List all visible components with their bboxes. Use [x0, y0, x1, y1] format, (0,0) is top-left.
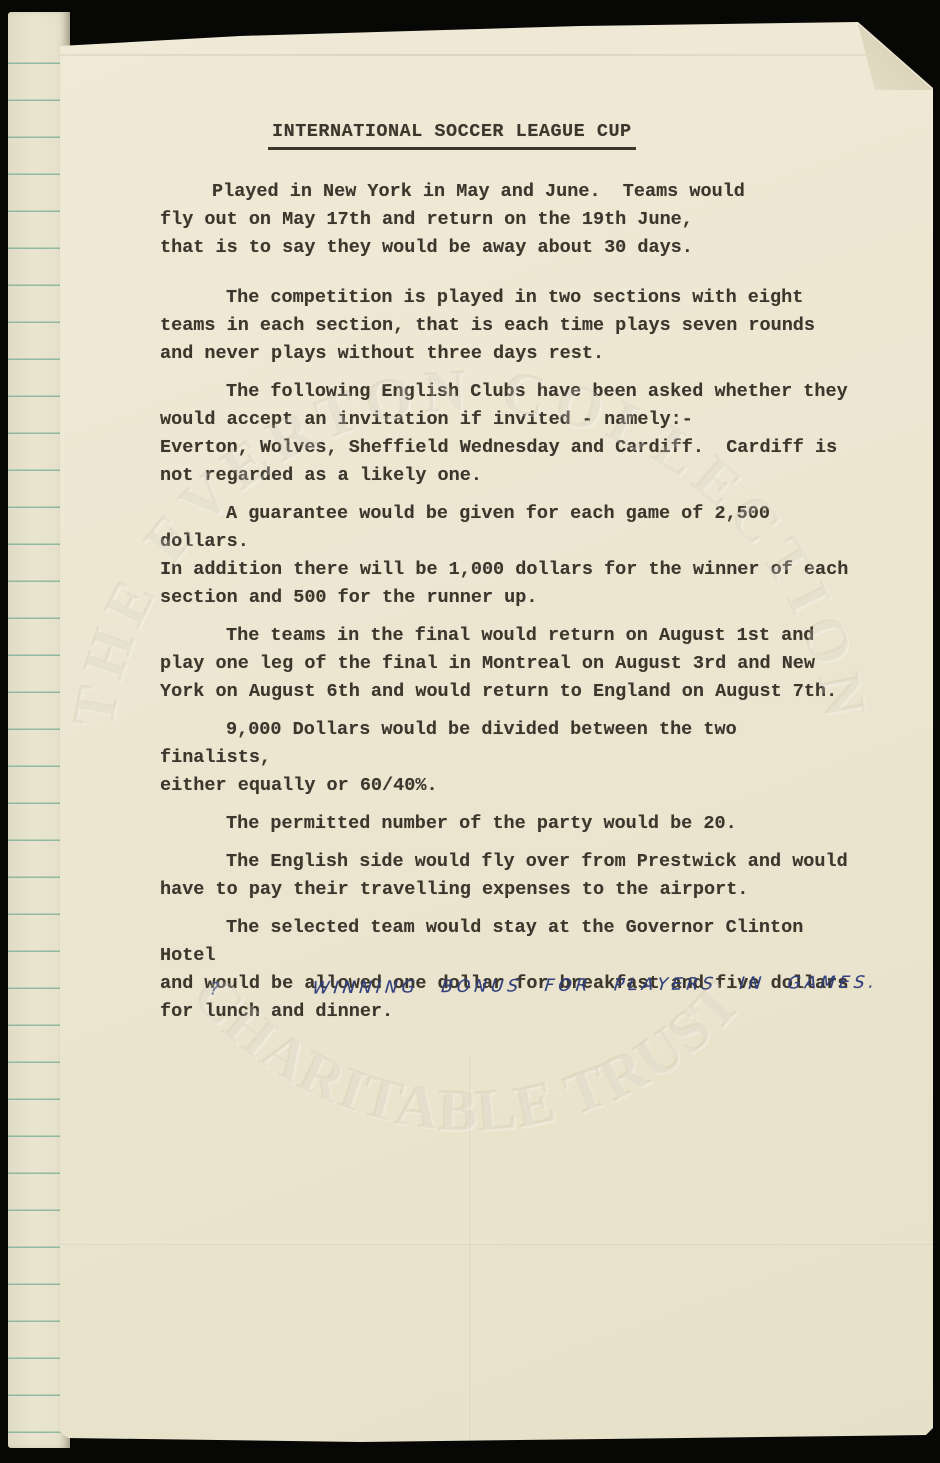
paragraph: The English side would fly over from Pre… — [160, 848, 850, 904]
typed-content: INTERNATIONAL SOCCER LEAGUE CUP Played i… — [160, 118, 850, 1036]
paper-crease-vertical — [468, 1054, 470, 1446]
document-page: INTERNATIONAL SOCCER LEAGUE CUP Played i… — [60, 14, 933, 1446]
paragraph: The teams in the final would return on A… — [160, 622, 850, 706]
folded-corner — [853, 20, 935, 92]
paragraph: The following English Clubs have been as… — [160, 378, 850, 490]
paragraph: Played in New York in May and June. Team… — [160, 178, 850, 262]
paper-crease-top — [60, 54, 933, 56]
paragraph: The selected team would stay at the Gove… — [160, 914, 850, 1026]
paragraph: The permitted number of the party would … — [160, 810, 850, 838]
paragraph: The competition is played in two section… — [160, 284, 850, 368]
scan-background: { "document": { "title": "INTERNATIONAL … — [0, 0, 940, 1463]
paragraph: 9,000 Dollars would be divided between t… — [160, 716, 850, 800]
page-title: INTERNATIONAL SOCCER LEAGUE CUP — [268, 118, 636, 150]
paper-crease-horizontal — [60, 1242, 933, 1245]
paragraph: A guarantee would be given for each game… — [160, 500, 850, 612]
